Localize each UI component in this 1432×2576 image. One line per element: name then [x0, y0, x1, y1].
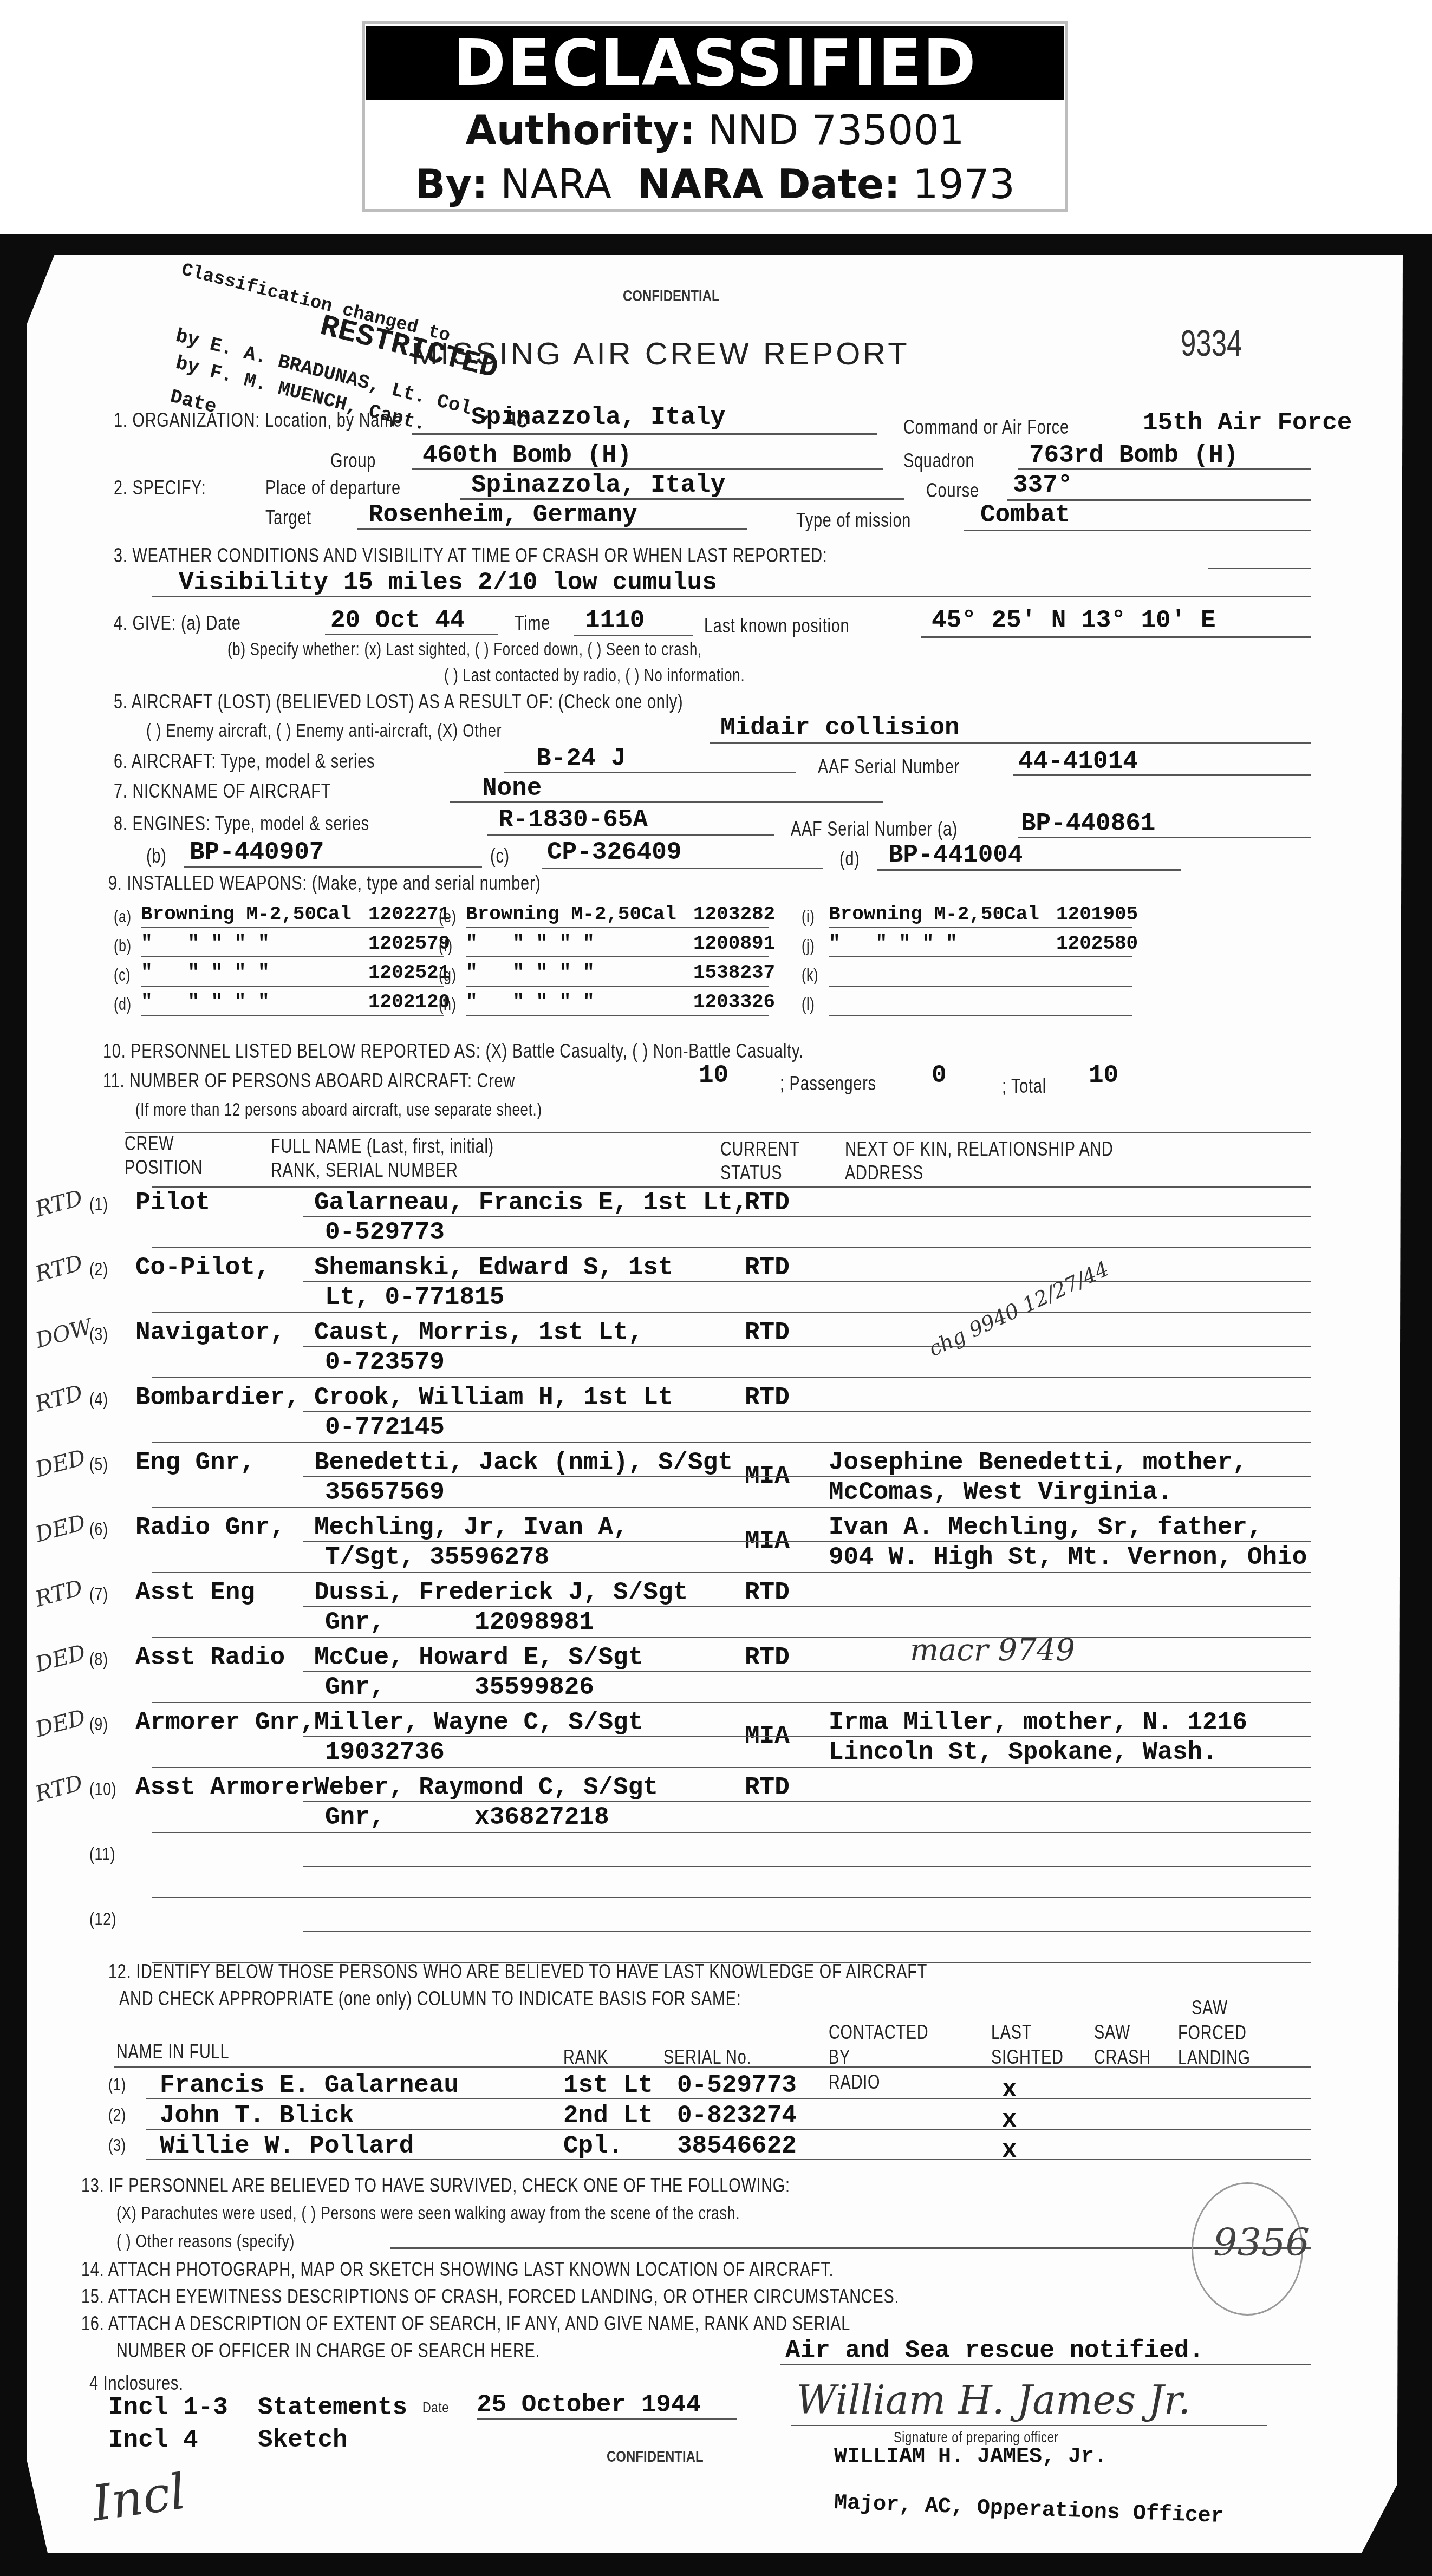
- crew-position: Pilot: [135, 1189, 210, 1217]
- group-label: Group: [330, 449, 376, 472]
- survived-option-1: (X) Parachutes were used, ( ) Persons we…: [116, 2203, 740, 2224]
- personnel-reported-label: 10. PERSONNEL LISTED BELOW REPORTED AS: …: [103, 1040, 804, 1062]
- crew-rank-serial: Gnr, 12098981: [325, 1608, 594, 1636]
- time-label: Time: [515, 612, 550, 635]
- mission-value: Combat: [980, 501, 1070, 529]
- crew-position: Asst Armorer: [135, 1773, 315, 1802]
- engine-type-value: R-1830-65A: [498, 806, 648, 834]
- s12-header-serial: SERIAL No.: [663, 2046, 751, 2069]
- crew-status: RTD: [745, 1384, 790, 1412]
- last-knowledge-label-2: AND CHECK APPROPRIATE (one only) COLUMN …: [119, 1987, 741, 2010]
- crew-position: Bombardier,: [135, 1384, 300, 1412]
- margin-status-note: RTD: [33, 1380, 86, 1417]
- position-value: 45° 25' N 13° 10' E: [932, 606, 1216, 635]
- crew-status: RTD: [745, 1773, 790, 1802]
- handwritten-incl-note: Incl: [89, 2463, 190, 2532]
- position-label: Last known position: [704, 615, 849, 637]
- crew-position: Asst Eng: [135, 1579, 255, 1607]
- crew-position: Eng Gnr,: [135, 1449, 255, 1477]
- crew-status: RTD: [745, 1189, 790, 1217]
- engine-serial-d: BP-441004: [888, 841, 1023, 869]
- date-label: 4. GIVE: (a) Date: [114, 612, 241, 635]
- handwritten-annotation-row8: macr 9749: [910, 1633, 1075, 1668]
- org-label: 1. ORGANIZATION: Location, by Name: [114, 409, 402, 432]
- weather-value: Visibility 15 miles 2/10 low cumulus: [179, 569, 717, 597]
- next-of-kin: Irma Miller, mother, N. 1216: [829, 1708, 1247, 1737]
- engine-serial-a: BP-440861: [1021, 810, 1155, 838]
- separate-sheet-note: (If more than 12 persons aboard aircraft…: [135, 1099, 542, 1120]
- departure-label: Place of departure: [265, 477, 401, 499]
- current-status-header: CURRENT STATUS: [720, 1137, 817, 1185]
- next-of-kin-address: 904 W. High St, Mt. Vernon, Ohio: [829, 1543, 1307, 1571]
- specify-label: 2. SPECIFY:: [114, 477, 206, 499]
- engine-serial-c: CP-326409: [547, 838, 681, 866]
- aircraft-serial-label: AAF Serial Number: [818, 755, 960, 778]
- s12-header-name: NAME IN FULL: [116, 2040, 229, 2063]
- inclosures-label: 4 Inclosures.: [89, 2372, 184, 2395]
- crew-name: McCue, Howard E, S/Sgt: [314, 1644, 643, 1672]
- crew-rank-serial: 0-529773: [325, 1218, 445, 1247]
- margin-status-note: DED: [33, 1445, 88, 1483]
- inclosure-2: Incl 4 Sketch: [108, 2426, 348, 2454]
- engine-serial-b: BP-440907: [190, 838, 324, 866]
- search-value: Air and Sea rescue notified.: [785, 2337, 1204, 2365]
- attach-search-label: 16. ATTACH A DESCRIPTION OF EXTENT OF SE…: [81, 2312, 850, 2335]
- margin-status-note: RTD: [33, 1185, 86, 1222]
- crew-rank-serial: 0-772145: [325, 1413, 445, 1442]
- crew-status: RTD: [745, 1254, 790, 1282]
- course-value: 337°: [1013, 471, 1072, 499]
- crew-position: Asst Radio: [135, 1644, 285, 1672]
- officer-name: WILLIAM H. JAMES, Jr.: [834, 2445, 1107, 2469]
- next-of-kin: Josephine Benedetti, mother,: [829, 1449, 1247, 1477]
- group-value: 460th Bomb (H): [422, 441, 632, 469]
- crew-position-header: CREW POSITION: [125, 1132, 226, 1179]
- next-of-kin-address: McComas, West Virginia.: [829, 1478, 1173, 1507]
- last-knowledge-label: 12. IDENTIFY BELOW THOSE PERSONS WHO ARE…: [108, 1960, 927, 1983]
- command-label: Command or Air Force: [903, 416, 1069, 439]
- org-location: Spinazzola, Italy: [471, 403, 725, 432]
- aircraft-lost-label: 5. AIRCRAFT (LOST) (BELIEVED LOST) AS A …: [114, 690, 683, 713]
- stamp-number: 9356: [1213, 2220, 1310, 2265]
- margin-status-note: DED: [33, 1510, 88, 1548]
- margin-status-note: RTD: [33, 1770, 86, 1807]
- last-sighted-check: x: [1002, 2106, 1017, 2134]
- s12-header-sighted: LAST SIGHTED: [991, 2020, 1046, 2070]
- aircraft-type-value: B-24 J: [536, 745, 626, 773]
- crew-rank-serial: 19032736: [325, 1738, 445, 1766]
- s12-header-radio: CONTACTED BY RADIO: [829, 2020, 901, 2095]
- passenger-count: 0: [932, 1061, 947, 1090]
- crew-rank-serial: T/Sgt, 35596278: [325, 1543, 549, 1571]
- s12-header-rank: RANK: [563, 2046, 608, 2069]
- crew-rank-serial: 0-723579: [325, 1348, 445, 1377]
- margin-status-note: DOW: [33, 1314, 95, 1353]
- last-sighted-check: x: [1002, 2076, 1017, 2104]
- crew-name: Shemanski, Edward S, 1st: [314, 1254, 673, 1282]
- confidential-marking-top: CONFIDENTIAL: [623, 287, 720, 305]
- crew-status: RTD: [745, 1579, 790, 1607]
- next-of-kin-header: NEXT OF KIN, RELATIONSHIP AND ADDRESS: [845, 1137, 1183, 1185]
- crew-status: RTD: [745, 1644, 790, 1672]
- date-value: 20 Oct 44: [330, 606, 465, 635]
- crew-rank-serial: 35657569: [325, 1478, 445, 1507]
- time-value: 1110: [585, 606, 645, 635]
- weather-label: 3. WEATHER CONDITIONS AND VISIBILITY AT …: [114, 544, 828, 567]
- crew-name: Miller, Wayne C, S/Sgt: [314, 1708, 643, 1737]
- squadron-value: 763rd Bomb (H): [1029, 441, 1238, 469]
- lost-cause-options: ( ) Enemy aircraft, ( ) Enemy anti-aircr…: [146, 720, 502, 742]
- crew-name: Weber, Raymond C, S/Sgt: [314, 1773, 658, 1802]
- date-prepared: 25 October 1944: [477, 2391, 701, 2419]
- crew-position: Radio Gnr,: [135, 1514, 285, 1542]
- next-of-kin-address: Lincoln St, Spokane, Wash.: [829, 1738, 1218, 1766]
- margin-status-note: RTD: [33, 1575, 86, 1612]
- survived-option-2: ( ) Other reasons (specify): [116, 2231, 295, 2252]
- crew-name: Dussi, Frederick J, S/Sgt: [314, 1579, 688, 1607]
- last-sighted-check: x: [1002, 2136, 1017, 2164]
- survived-label: 13. IF PERSONNEL ARE BELIEVED TO HAVE SU…: [81, 2174, 790, 2197]
- crew-rank-serial: Lt, 0-771815: [325, 1283, 504, 1312]
- signature-caption: Signature of preparing officer: [894, 2429, 1059, 2446]
- course-label: Course: [926, 479, 979, 502]
- crew-position: Co-Pilot,: [135, 1254, 270, 1282]
- crew-rank-serial: Gnr, 35599826: [325, 1673, 594, 1701]
- target-value: Rosenheim, Germany: [368, 501, 637, 529]
- weapons-label: 9. INSTALLED WEAPONS: (Make, type and se…: [108, 872, 541, 895]
- crew-name: Galarneau, Francis E, 1st Lt,: [314, 1189, 748, 1217]
- attach-search-label-2: NUMBER OF OFFICER IN CHARGE OF SEARCH HE…: [116, 2339, 540, 2362]
- s12-header-crash: SAW CRASH: [1094, 2020, 1141, 2070]
- crew-name: Mechling, Jr, Ivan A,: [314, 1514, 628, 1542]
- crew-rank-serial: Gnr, x36827218: [325, 1803, 609, 1831]
- aircraft-type-label: 6. AIRCRAFT: Type, model & series: [114, 750, 375, 773]
- crew-name: Benedetti, Jack (nmi), S/Sgt: [314, 1449, 733, 1477]
- officer-title: Major, AC, Opperations Officer: [834, 2491, 1224, 2529]
- next-of-kin: Ivan A. Mechling, Sr, father,: [829, 1514, 1262, 1542]
- nickname-value: None: [482, 774, 542, 803]
- mission-label: Type of mission: [796, 509, 911, 532]
- total-count: 10: [1089, 1061, 1118, 1090]
- command-value: 15th Air Force: [1143, 409, 1352, 437]
- s12-header-forced: SAW FORCED LANDING: [1178, 1995, 1241, 2070]
- squadron-label: Squadron: [903, 449, 974, 472]
- crew-status: RTD: [745, 1319, 790, 1347]
- missing-air-crew-report: CONFIDENTIAL MISSING AIR CREW REPORT 933…: [0, 0, 1432, 2576]
- departure-value: Spinazzola, Italy: [471, 471, 725, 499]
- engines-label: 8. ENGINES: Type, model & series: [114, 812, 369, 835]
- crew-position: Armorer Gnr,: [135, 1708, 315, 1737]
- nickname-label: 7. NICKNAME OF AIRCRAFT: [114, 780, 331, 803]
- specify-whether-line1: (b) Specify whether: (x) Last sighted, (…: [227, 639, 702, 660]
- margin-status-note: DED: [33, 1640, 88, 1678]
- margin-status-note: DED: [33, 1705, 88, 1743]
- officer-signature: William H. James Jr.: [796, 2377, 1190, 2423]
- confidential-marking-bottom: CONFIDENTIAL: [607, 2448, 704, 2466]
- attach-eyewitness-label: 15. ATTACH EYEWITNESS DESCRIPTIONS OF CR…: [81, 2285, 899, 2308]
- crew-position: Navigator,: [135, 1319, 285, 1347]
- full-name-header: FULL NAME (Last, first, initial) RANK, S…: [271, 1134, 541, 1182]
- specify-whether-line2: ( ) Last contacted by radio, ( ) No info…: [444, 665, 745, 686]
- inclosure-1: Incl 1-3 Statements: [108, 2394, 407, 2422]
- target-label: Target: [265, 506, 311, 529]
- crew-name: Caust, Morris, 1st Lt,: [314, 1319, 643, 1347]
- attach-photo-label: 14. ATTACH PHOTOGRAPH, MAP OR SKETCH SHO…: [81, 2258, 834, 2281]
- engine-serial-label: AAF Serial Number (a): [791, 818, 958, 840]
- aircraft-serial-value: 44-41014: [1018, 747, 1138, 775]
- crew-count: 10: [699, 1061, 728, 1090]
- crew-name: Crook, William H, 1st Lt: [314, 1384, 673, 1412]
- margin-status-note: RTD: [33, 1250, 86, 1287]
- date-prepared-label: Date: [422, 2399, 449, 2416]
- persons-aboard-label: 11. NUMBER OF PERSONS ABOARD AIRCRAFT: C…: [103, 1069, 515, 1092]
- report-number: 9334: [1181, 322, 1242, 364]
- lost-cause-other: Midair collision: [720, 714, 960, 742]
